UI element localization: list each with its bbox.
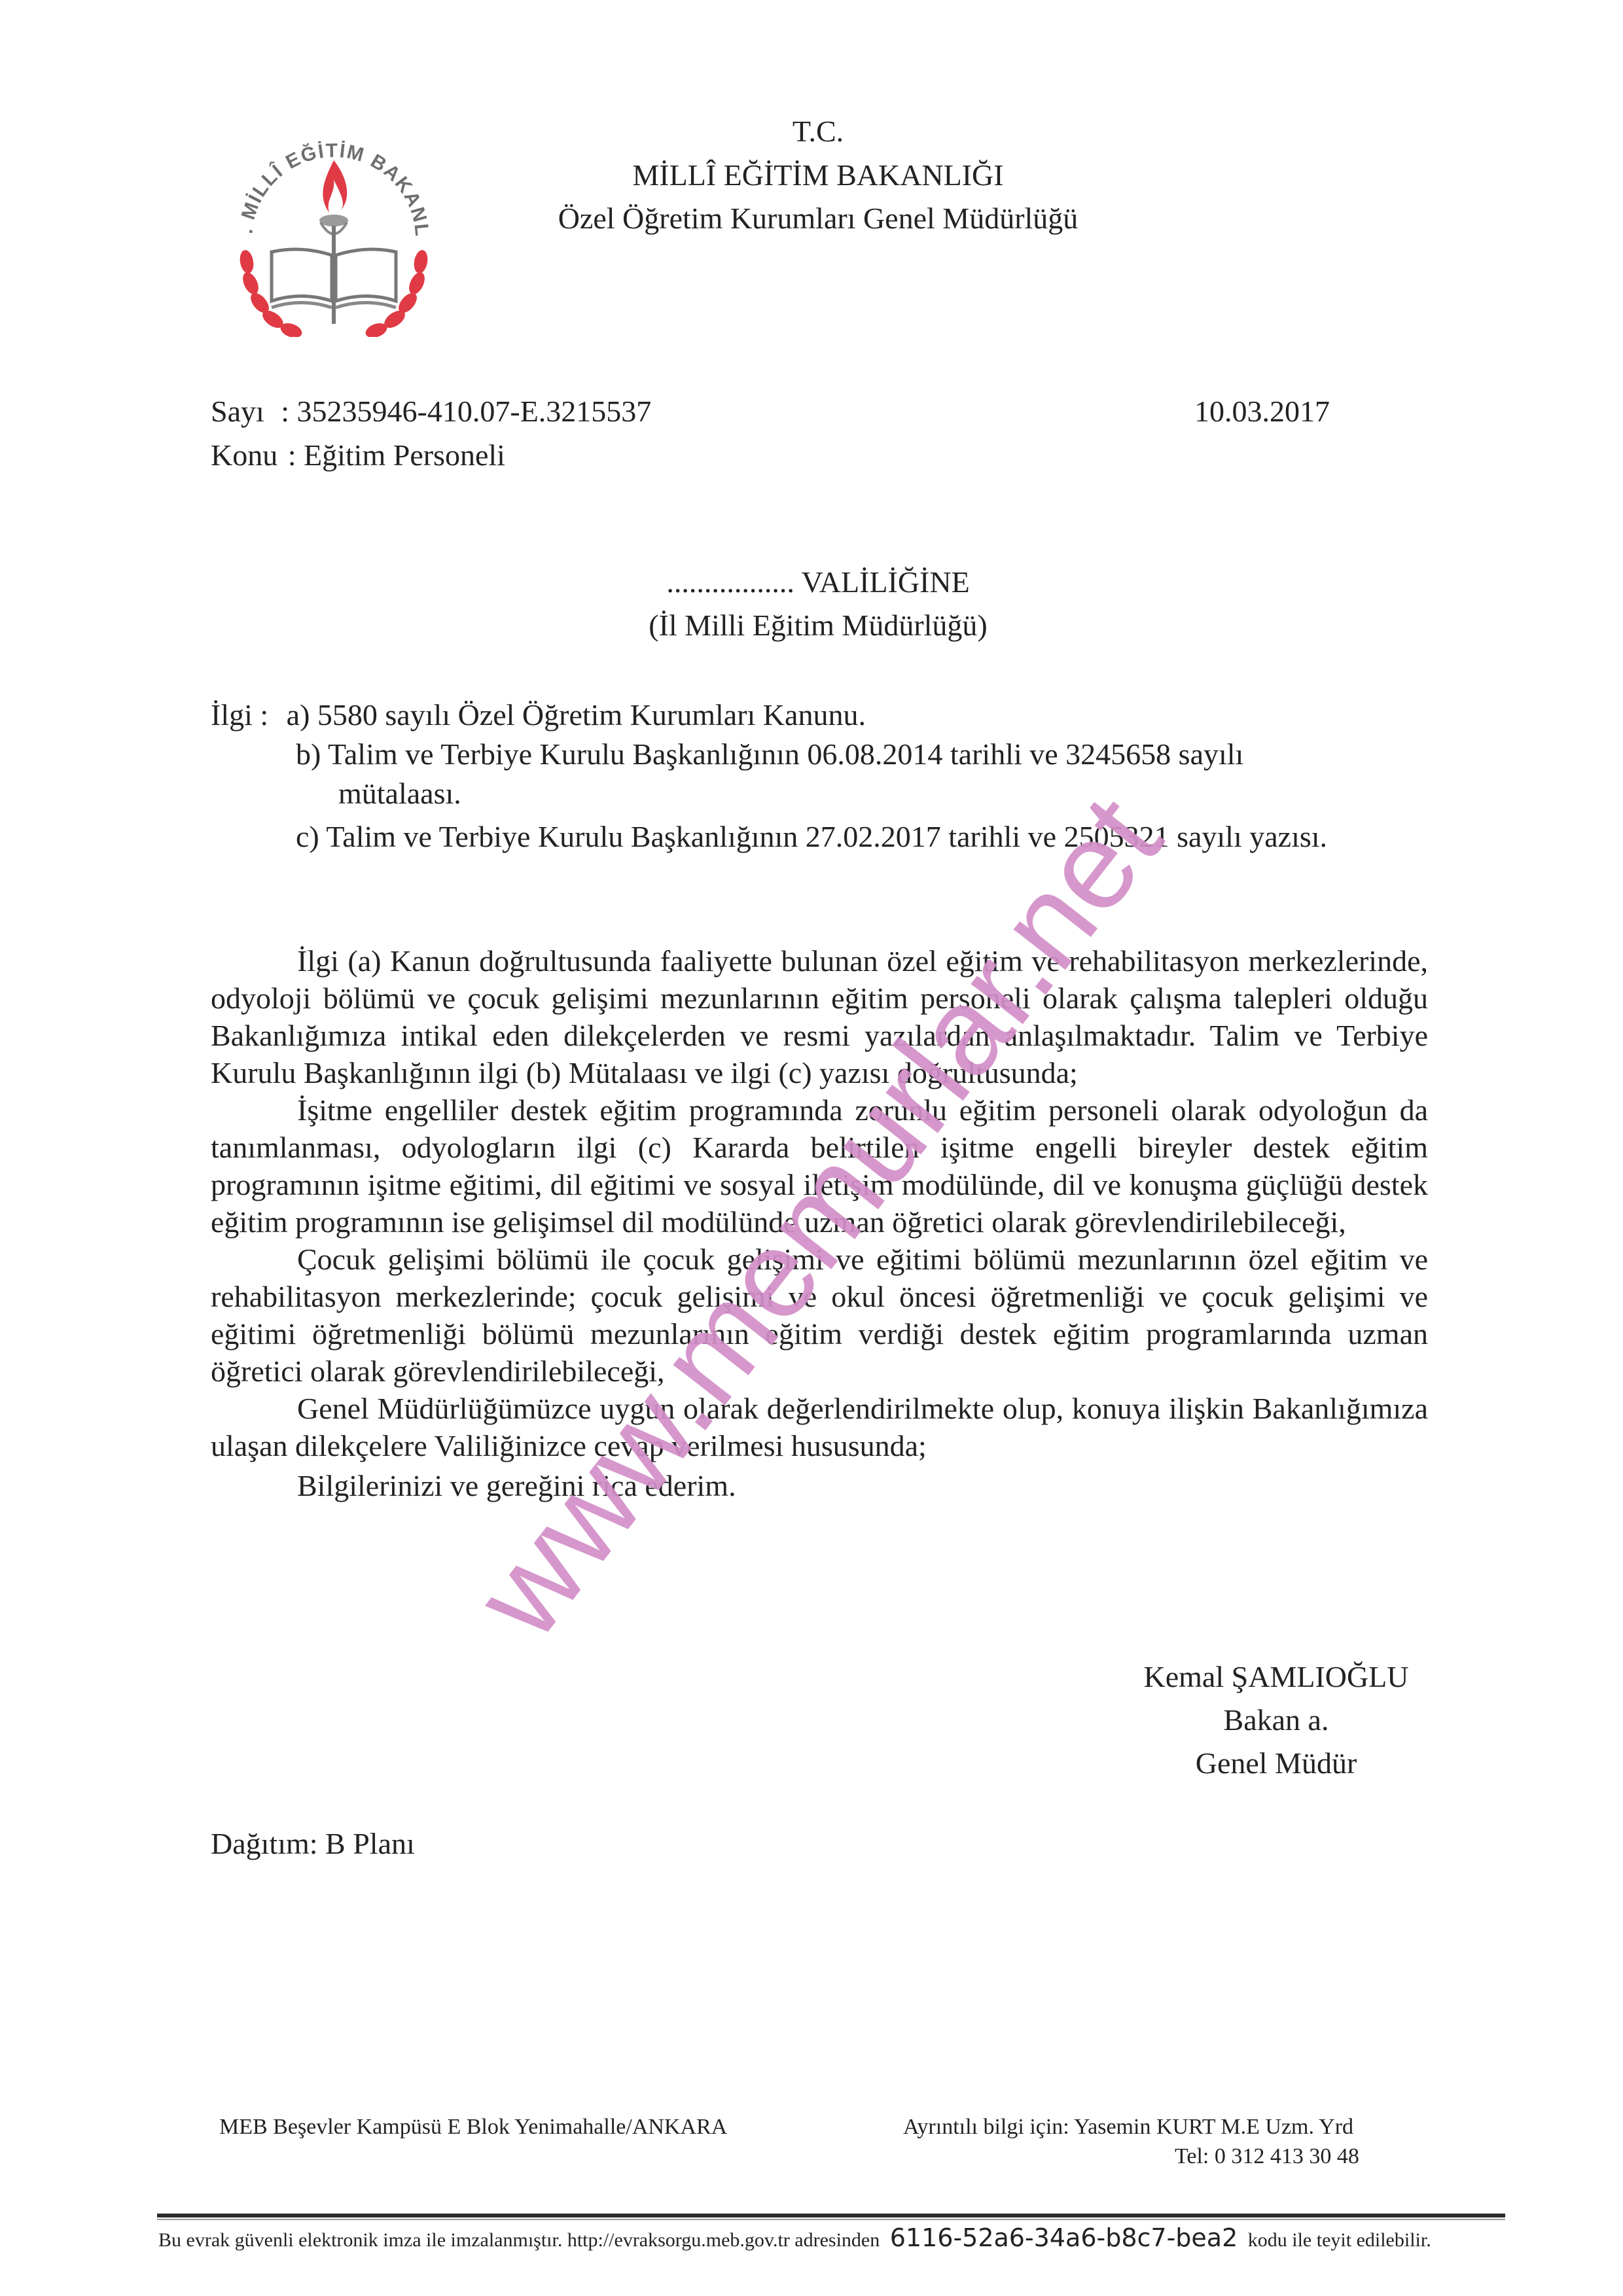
distribution: Dağıtım: B Planı <box>211 1829 415 1859</box>
references: İlgi : a) 5580 sayılı Özel Öğretim Kurum… <box>211 696 1327 857</box>
reference-a: İlgi : a) 5580 sayılı Özel Öğretim Kurum… <box>211 696 1327 735</box>
verify-suffix: kodu ile teyit edilebilir. <box>1248 2229 1431 2251</box>
footer-contact: Ayrıntılı bilgi için: Yasemin KURT M.E U… <box>903 2115 1353 2140</box>
konu-value: : Eğitim Personeli <box>288 438 505 472</box>
meb-logo: T.C. MİLLÎ EĞİTİM BAKANLIĞI <box>226 115 442 337</box>
meb-emblem-icon: T.C. MİLLÎ EĞİTİM BAKANLIĞI <box>226 115 442 337</box>
addressee-title: ................. VALİLİĞİNE <box>666 567 969 597</box>
verify-prefix: Bu evrak güvenli elektronik imza ile imz… <box>158 2229 880 2251</box>
header-ministry: MİLLÎ EĞİTİM BAKANLIĞI <box>632 160 1003 190</box>
sayi-value: : 35235946-410.07-E.3215537 <box>281 395 651 428</box>
verify-code: 6116-52a6-34a6-b8c7-bea2 <box>890 2223 1238 2252</box>
signature-block: Kemal ŞAMLIOĞLU Bakan a. Genel Müdür <box>1073 1655 1479 1785</box>
footer-address: MEB Beşevler Kampüsü E Blok Yenimahalle/… <box>219 2115 727 2140</box>
body-paragraph: İşitme engelliler destek eğitim programı… <box>211 1091 1428 1241</box>
reference-b: b) Talim ve Terbiye Kurulu Başkanlığının… <box>211 735 1327 774</box>
footer-divider-thin <box>157 2219 1505 2220</box>
footer-divider <box>157 2214 1505 2217</box>
konu-label: Konu <box>211 438 277 472</box>
sayi-label: Sayı <box>211 395 264 428</box>
footer-phone: Tel: 0 312 413 30 48 <box>1175 2144 1359 2169</box>
reference-c: c) Talim ve Terbiye Kurulu Başkanlığının… <box>211 817 1327 857</box>
reference-b-cont: mütalaası. <box>211 774 1327 813</box>
konu-row: Konu : Eğitim Personeli <box>211 440 505 470</box>
signatory-on-behalf: Bakan a. <box>1073 1699 1479 1742</box>
references-label: İlgi : <box>211 698 268 732</box>
sayi-row: Sayı : 35235946-410.07-E.3215537 <box>211 397 651 427</box>
header-country: T.C. <box>793 116 844 147</box>
signatory-title: Genel Müdür <box>1073 1742 1479 1785</box>
body-paragraph: Bilgilerinizi ve gereğini rica ederim. <box>211 1467 1428 1504</box>
header-directorate: Özel Öğretim Kurumları Genel Müdürlüğü <box>558 203 1079 234</box>
body-paragraph: Genel Müdürlüğümüzce uygun olarak değerl… <box>211 1390 1428 1464</box>
body-paragraph: İlgi (a) Kanun doğrultusunda faaliyette … <box>211 942 1428 1091</box>
signatory-name: Kemal ŞAMLIOĞLU <box>1073 1655 1479 1699</box>
document-date: 10.03.2017 <box>1194 397 1330 427</box>
addressee-subtitle: (İl Milli Eğitim Müdürlüğü) <box>649 610 987 641</box>
body-paragraph: Çocuk gelişimi bölümü ile çocuk gelişimi… <box>211 1241 1428 1390</box>
letter-body: İlgi (a) Kanun doğrultusunda faaliyette … <box>211 942 1428 1504</box>
e-signature-notice: Bu evrak güvenli elektronik imza ile imz… <box>158 2223 1431 2252</box>
